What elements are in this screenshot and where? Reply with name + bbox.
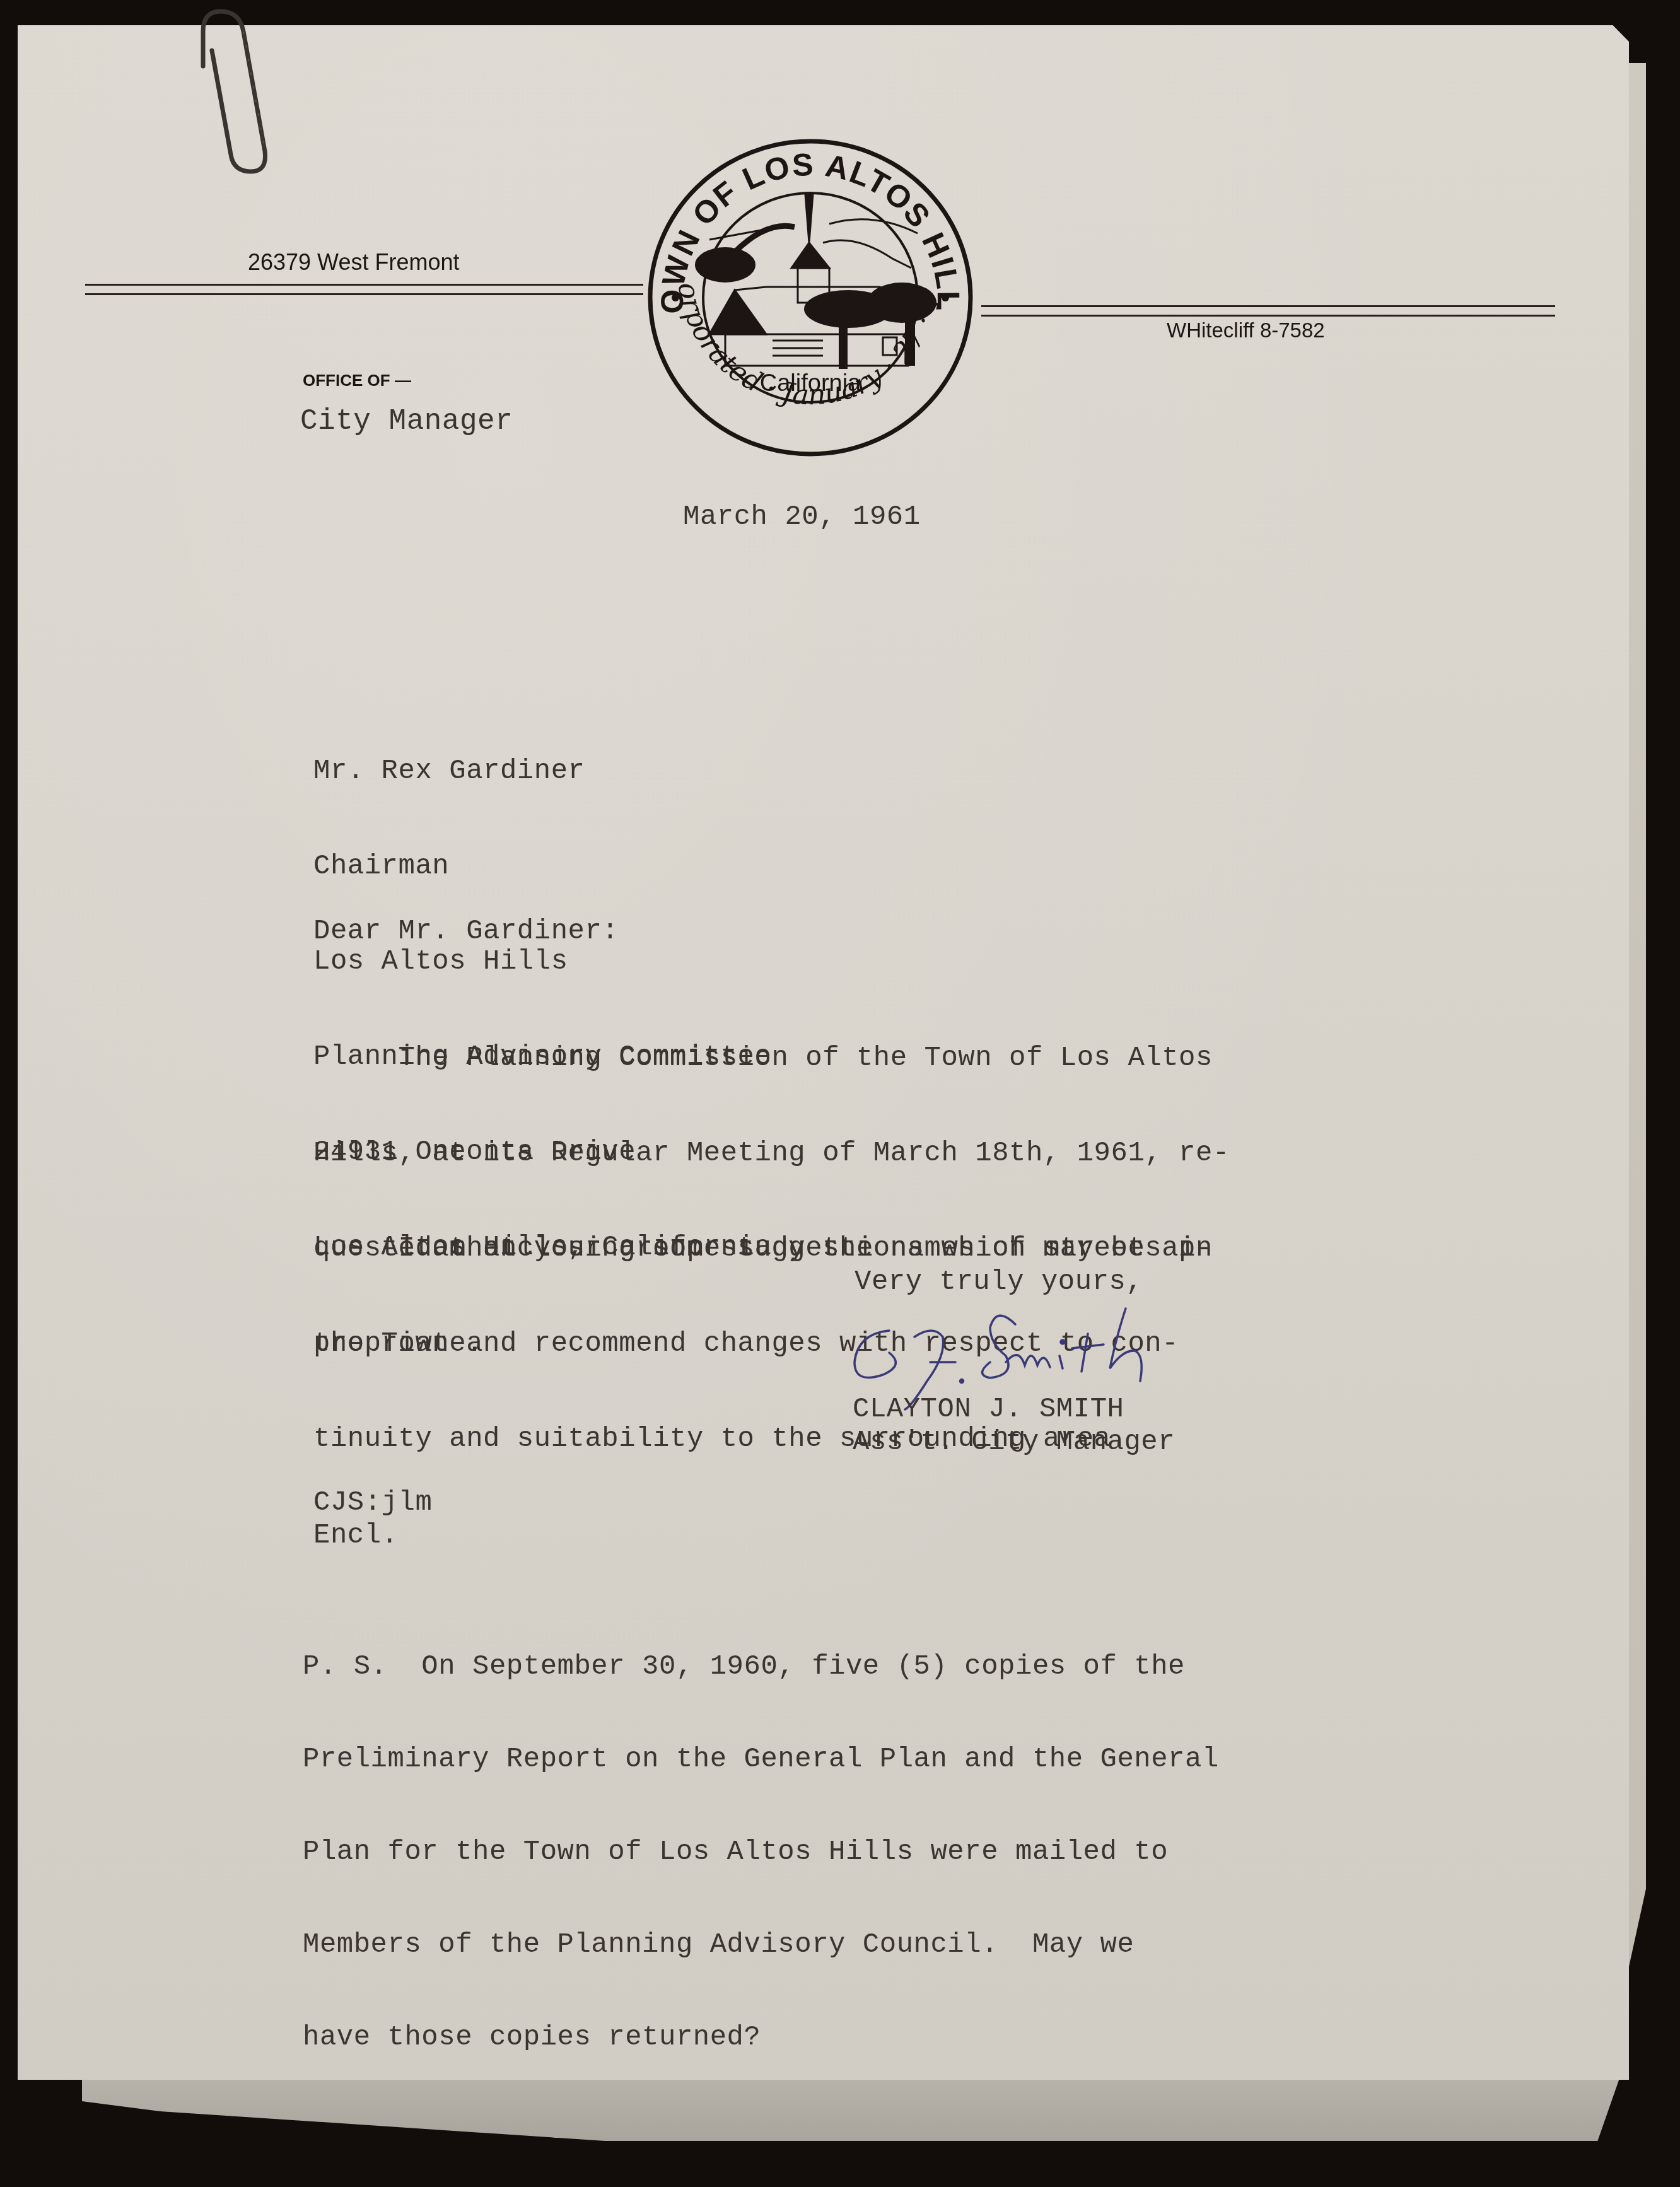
closing: Very truly yours, — [855, 1266, 1143, 1298]
recipient-line: Chairman — [313, 851, 771, 883]
reference-initials: CJS:jlm — [313, 1487, 432, 1519]
recipient-line: Mr. Rex Gardiner — [313, 755, 771, 788]
salutation: Dear Mr. Gardiner: — [313, 916, 619, 947]
seal-inner-text: California — [760, 370, 861, 397]
enclosure-notation: Encl. — [313, 1520, 399, 1551]
postscript-line: have those copies returned? — [303, 2023, 1219, 2053]
postscript-line: Preliminary Report on the General Plan a… — [303, 1745, 1219, 1775]
paragraph-line: I am enclosing some suggestions which ma… — [313, 1233, 1213, 1265]
letterhead-rule-right — [981, 305, 1555, 317]
town-seal-logo: TOWN OF LOS ALTOS HILLS incorporated · J… — [640, 132, 981, 460]
office-of-label: OFFICE OF — — [303, 371, 411, 390]
letterhead-phone: WHitecliff 8-7582 — [1167, 318, 1325, 342]
postscript-line: Members of the Planning Advisory Council… — [303, 1930, 1219, 1960]
letterhead-address: 26379 West Fremont — [248, 249, 460, 276]
office-name: City Manager — [300, 405, 513, 438]
paragraph-line: Hills, at its Regular Meeting of March 1… — [313, 1138, 1230, 1170]
postscript-line: P. S. On September 30, 1960, five (5) co… — [303, 1652, 1219, 1682]
underlying-page-bottom-edge — [82, 2075, 1621, 2141]
letterhead-rule-left — [85, 284, 643, 295]
postscript-line: Plan for the Town of Los Altos Hills wer… — [303, 1838, 1219, 1867]
paperclip-icon — [189, 6, 277, 177]
paragraph-line: The Planning Commission of the Town of L… — [313, 1042, 1230, 1075]
recipient-line: Los Altos Hills — [313, 946, 771, 978]
postscript: P. S. On September 30, 1960, five (5) co… — [303, 1589, 1219, 2084]
signer-title: Ass't. City Manager — [853, 1426, 1175, 1458]
letter-date: March 20, 1961 — [683, 501, 921, 533]
signer-name: CLAYTON J. SMITH — [853, 1394, 1124, 1425]
